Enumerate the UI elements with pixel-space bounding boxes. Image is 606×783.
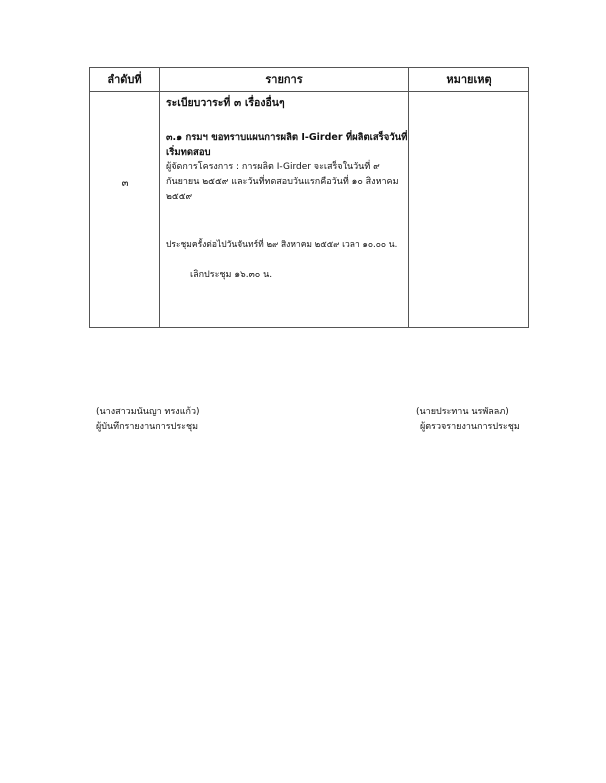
minutes-table: ลำดับที่ รายการ หมายเหตุ ๓ ระเบียบวาระที… [89,67,529,328]
recorder-role: ผู้บันทึกรายงานการประชุม [96,420,200,435]
recorder-name: (นางสาวมนันญา ทรงแก้ว) [96,405,200,420]
reviewer-signature: (นายประทาน นรพัลลภ) ผู้ตรวจรายงานการประช… [416,405,520,435]
column-divider [159,68,160,327]
agenda-heading: ระเบียบวาระที่ ๓ เรื่องอื่นๆ [166,95,408,111]
header-order: ลำดับที่ [90,68,159,91]
reviewer-name: (นายประทาน นรพัลลภ) [416,405,520,420]
header-divider [90,91,528,92]
header-item: รายการ [160,68,408,91]
reviewer-role: ผู้ตรวจรายงานการประชุม [416,420,520,435]
agenda-subheading: ๓.๑ กรมฯ ขอทราบแผนการผลิต I-Girder ที่ผล… [166,130,408,160]
agenda-body: ผู้จัดการโครงการ : การผลิต I-Girder จะเส… [166,160,408,205]
column-divider [408,68,409,327]
adjourn-time: เลิกประชุม ๑๖.๓๐ น. [190,268,432,283]
next-meeting: ประชุมครั้งต่อไปวันจันทร์ที่ ๒๙ สิงหาคม … [166,238,416,253]
agenda-detail: ๓.๑ กรมฯ ขอทราบแผนการผลิต I-Girder ที่ผล… [166,130,408,205]
row-number: ๓ [90,176,160,191]
recorder-signature: (นางสาวมนันญา ทรงแก้ว) ผู้บันทึกรายงานกา… [96,405,200,435]
header-remark: หมายเหตุ [409,68,529,91]
agenda-title: ระเบียบวาระที่ ๓ เรื่องอื่นๆ [166,95,408,111]
